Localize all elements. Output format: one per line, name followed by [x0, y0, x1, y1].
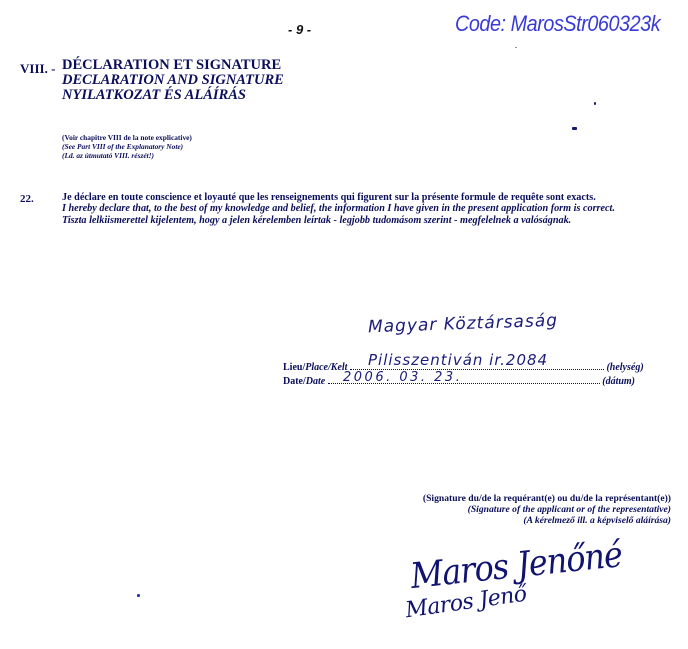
place-suffix: (helység): [606, 362, 643, 373]
date-label-en: Date: [306, 376, 325, 387]
section-title-fr: DÉCLARATION ET SIGNATURE: [62, 58, 284, 73]
declaration-text: Je déclare en toute conscience et loyaut…: [62, 192, 682, 226]
note-hu: (Ld. az útmutató VIII. részét!): [62, 151, 192, 160]
handwritten-country: Magyar Köztársaság: [368, 311, 559, 338]
declaration-en: I hereby declare that, to the best of my…: [62, 203, 682, 214]
section-title: DÉCLARATION ET SIGNATURE DECLARATION AND…: [62, 58, 284, 103]
page-number: - 9 -: [288, 22, 311, 37]
ink-speck: [594, 102, 596, 105]
signature-caption: (Signature du/de la requérant(e) ou du/d…: [423, 493, 671, 526]
section-title-hu: NYILATKOZAT ÉS ALÁÍRÁS: [62, 88, 284, 103]
signature-caption-hu: (A kérelmező ill. a képviselő aláírása): [423, 515, 671, 526]
note-fr: (Voir chapitre VIII de la note explicati…: [62, 133, 192, 142]
item-number: 22.: [20, 193, 34, 205]
explanatory-note-reference: (Voir chapitre VIII de la note explicati…: [62, 133, 192, 160]
ink-speck: [572, 127, 577, 130]
place-label-fr: Lieu/: [283, 362, 305, 373]
ink-speck: [137, 594, 140, 597]
ink-speck: [515, 47, 517, 48]
signature-caption-en: (Signature of the applicant or of the re…: [423, 504, 671, 515]
place-label-en: Place/Kelt: [305, 362, 347, 373]
date-value: 2006. 03. 23.: [343, 370, 462, 385]
signature-caption-fr: (Signature du/de la requérant(e) ou du/d…: [423, 493, 671, 504]
declaration-hu: Tiszta lelkiismerettel kijelentem, hogy …: [62, 215, 682, 226]
date-suffix: (dátum): [602, 376, 635, 387]
section-number: VIII. -: [20, 61, 55, 77]
declaration-fr: Je déclare en toute conscience et loyaut…: [62, 192, 682, 203]
note-en: (See Part VIII of the Explanatory Note): [62, 142, 192, 151]
document-code: Code: MarosStr060323k: [455, 11, 660, 37]
date-label-fr: Date/: [283, 376, 306, 387]
section-title-en: DECLARATION AND SIGNATURE: [62, 73, 284, 88]
place-value: Pilisszentiván ir.2084: [368, 351, 548, 369]
